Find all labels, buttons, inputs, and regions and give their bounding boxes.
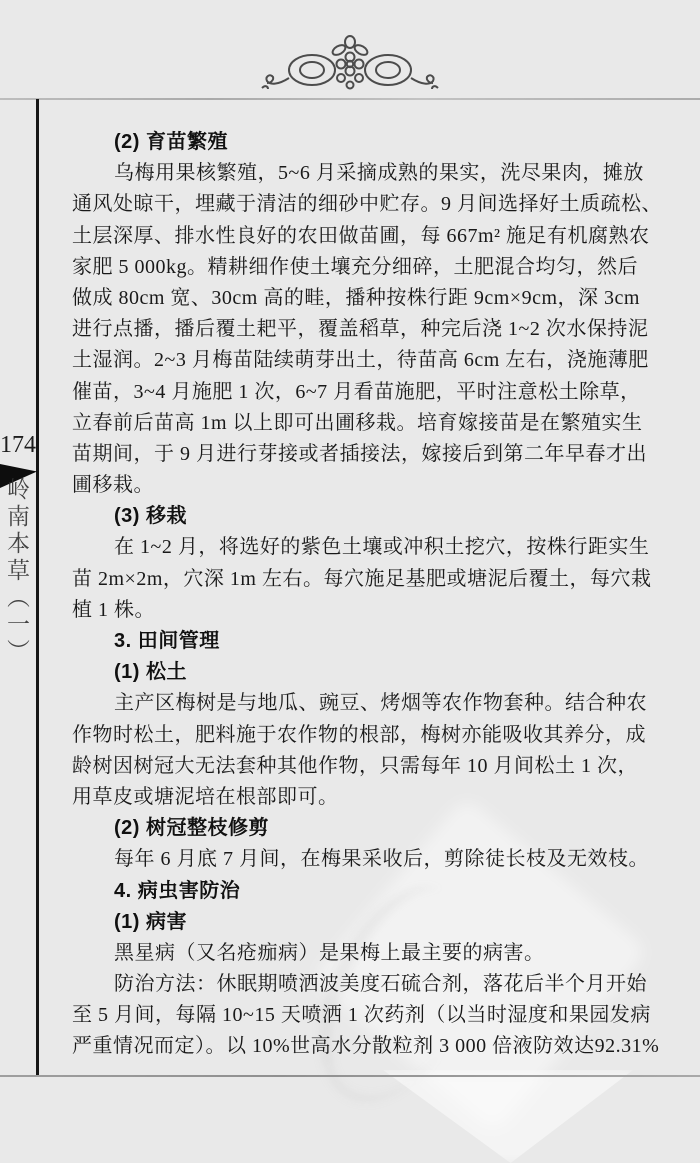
heading-line: (2) 育苗繁殖	[114, 127, 672, 158]
heading-line: (1) 松土	[114, 657, 672, 688]
text-line: 龄树因树冠大无法套种其他作物，只需每年 10 月间松土 1 次，	[72, 751, 672, 782]
text-line: 立春前后苗高 1m 以上即可出圃移栽。培育嫁接苗是在繁殖实生	[72, 408, 672, 439]
text-line: 植 1 株。	[72, 595, 672, 626]
text-line: 通风处晾干，埋藏于清洁的细砂中贮存。9 月间选择好土质疏松、	[72, 189, 672, 220]
scan-watermark-vee	[378, 1070, 633, 1163]
text-line: 至 5 月间，每隔 10~15 天喷洒 1 次药剂（以当时湿度和果园发病	[72, 1000, 672, 1031]
text-line: 苗 2m×2m，穴深 1m 左右。每穴施足基肥或塘泥后覆土，每穴栽	[72, 564, 672, 595]
text-line: 作物时松土，肥料施于农作物的根部，梅树亦能吸收其养分，成	[72, 720, 672, 751]
text-line: 苗期间，于 9 月进行芽接或者插接法，嫁接后到第二年早春才出	[72, 439, 672, 470]
text-line: 严重情况而定）。以 10%世高水分散粒剂 3 000 倍液防效达92.31%	[72, 1031, 672, 1062]
book-title-vertical: 岭南本草（一）	[1, 477, 33, 707]
text-line: 用草皮或塘泥培在根部即可。	[72, 782, 672, 813]
heading-line: 3. 田间管理	[114, 626, 672, 657]
page-number: 174	[0, 432, 34, 459]
text-block: (2) 育苗繁殖乌梅用果核繁殖，5~6 月采摘成熟的果实，洗尽果肉，摊放通风处晾…	[72, 127, 672, 1063]
text-line: 进行点播，播后覆土耙平，覆盖稻草，种完后浇 1~2 次水保持泥	[72, 314, 672, 345]
text-line: 防治方法：休眠期喷洒波美度石硫合剂，落花后半个月开始	[114, 969, 672, 1000]
text-line: 圃移栽。	[72, 470, 672, 501]
heading-line: 4. 病虫害防治	[114, 876, 672, 907]
text-line: 每年 6 月底 7 月间，在梅果采收后，剪除徒长枝及无效枝。	[114, 844, 672, 875]
heading-line: (2) 树冠整枝修剪	[114, 813, 672, 844]
bottom-rule	[0, 1075, 700, 1077]
text-line: 催苗，3~4 月施肥 1 次，6~7 月看苗施肥，平时注意松土除草，	[72, 377, 672, 408]
text-line: 土层深厚、排水性良好的农田做苗圃，每 667m² 施足有机腐熟农	[72, 221, 672, 252]
left-margin-line	[36, 99, 39, 1077]
book-page: 174 岭南本草（一） (2) 育苗繁殖乌梅用果核繁殖，5~6 月采摘成熟的果实…	[0, 0, 700, 1163]
heading-line: (1) 病害	[114, 907, 672, 938]
heading-line: (3) 移栽	[114, 501, 672, 532]
text-line: 土湿润。2~3 月梅苗陆续萌芽出土，待苗高 6cm 左右，浇施薄肥	[72, 345, 672, 376]
text-line: 黑星病（又名疮痂病）是果梅上最主要的病害。	[114, 938, 672, 969]
text-line: 家肥 5 000kg。精耕细作使土壤充分细碎，土肥混合均匀，然后	[72, 252, 672, 283]
text-line: 主产区梅树是与地瓜、豌豆、烤烟等农作物套种。结合种农	[114, 688, 672, 719]
text-line: 乌梅用果核繁殖，5~6 月采摘成熟的果实，洗尽果肉，摊放	[114, 158, 672, 189]
ornament-flourish-icon	[260, 33, 440, 97]
text-line: 做成 80cm 宽、30cm 高的畦，播种按株行距 9cm×9cm，深 3cm	[72, 283, 672, 314]
text-line: 在 1~2 月，将选好的紫色土壤或冲积土挖穴，按株行距实生	[114, 532, 672, 563]
top-rule	[0, 98, 700, 100]
